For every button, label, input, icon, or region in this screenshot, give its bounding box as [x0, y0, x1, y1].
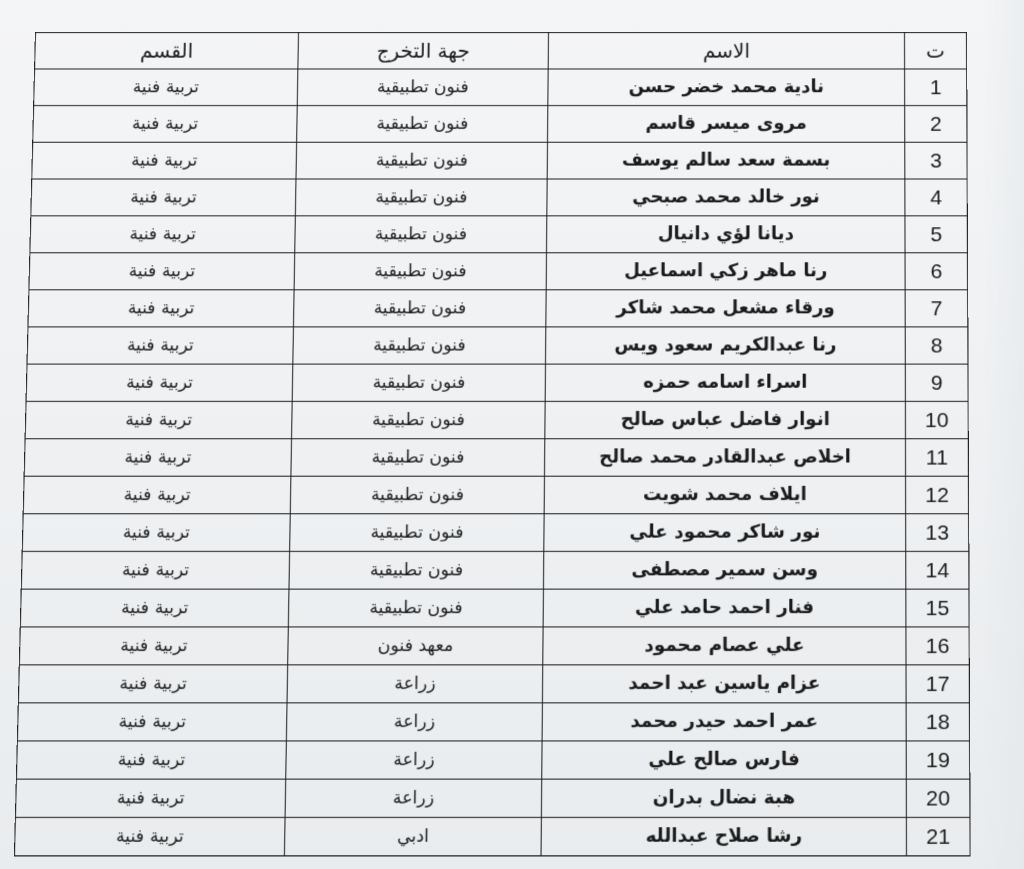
row-department: تربية فنية: [23, 476, 291, 514]
row-department: تربية فنية: [24, 439, 291, 476]
row-name: نادية محمد خضر حسن: [548, 69, 905, 106]
table-row: 19 فارس صالح علي زراعة تربية فنية: [16, 741, 969, 779]
row-graduation-source: زراعة: [285, 779, 542, 817]
row-department: تربية فنية: [27, 327, 293, 364]
table-row: 6 رنا ماهر زكي اسماعيل فنون تطبيقية تربي…: [29, 253, 968, 290]
row-graduation-source: فنون تطبيقية: [291, 439, 545, 476]
row-department: تربية فنية: [19, 627, 288, 665]
row-name: رنا عبدالكريم سعود ويس: [545, 327, 905, 364]
row-name: ديانا لؤي دانيال: [546, 216, 905, 253]
row-graduation-source: معهد فنون: [288, 627, 543, 665]
row-number: 6: [905, 253, 968, 290]
row-name: رنا ماهر زكي اسماعيل: [546, 253, 905, 290]
row-number: 8: [905, 327, 968, 364]
row-number: 21: [906, 817, 970, 855]
row-name: عزام ياسين عبد احمد: [542, 665, 906, 703]
row-name: مروى ميسر قاسم: [548, 106, 905, 143]
row-department: تربية فنية: [33, 106, 298, 143]
row-department: تربية فنية: [30, 216, 296, 253]
table-row: 20 هبة نضال بدران زراعة تربية فنية: [15, 779, 970, 817]
table-row: 13 نور شاكر محمود علي فنون تطبيقية تربية…: [22, 514, 969, 552]
table-row: 12 ايلاف محمد شويت فنون تطبيقية تربية فن…: [23, 476, 968, 514]
row-graduation-source: فنون تطبيقية: [293, 290, 546, 327]
row-graduation-source: فنون تطبيقية: [294, 253, 546, 290]
row-graduation-source: زراعة: [287, 665, 543, 703]
header-department: القسم: [35, 32, 299, 68]
table-row: 15 فنار احمد حامد علي فنون تطبيقية تربية…: [20, 589, 969, 627]
row-name: نور شاكر محمود علي: [544, 514, 906, 552]
row-graduation-source: فنون تطبيقية: [295, 179, 547, 216]
paper-shadow: [984, 0, 1024, 869]
row-department: تربية فنية: [20, 589, 289, 627]
row-graduation-source: فنون تطبيقية: [289, 551, 544, 589]
row-name: ايلاف محمد شويت: [544, 476, 906, 514]
table-row: 3 بسمة سعد سالم يوسف فنون تطبيقية تربية …: [32, 142, 967, 179]
header-number: ت: [905, 32, 967, 68]
table-header-row: ت الاسم جهة التخرج القسم: [35, 32, 967, 68]
row-number: 15: [906, 589, 969, 627]
row-name: رشا صلاح عبدالله: [541, 817, 906, 855]
row-number: 11: [905, 439, 968, 476]
row-number: 2: [905, 106, 967, 143]
row-number: 7: [905, 290, 968, 327]
row-name: انوار فاضل عباس صالح: [545, 401, 906, 438]
table-row: 1 نادية محمد خضر حسن فنون تطبيقية تربية …: [34, 69, 967, 106]
paper-sheet: ت الاسم جهة التخرج القسم 1 نادية محمد خض…: [0, 0, 1024, 869]
row-name: ورقاء مشعل محمد شاكر: [546, 290, 905, 327]
table-row: 9 اسراء اسامه حمزه فنون تطبيقية تربية فن…: [26, 364, 968, 401]
table-row: 4 نور خالد محمد صبحي فنون تطبيقية تربية …: [31, 179, 968, 216]
row-department: تربية فنية: [26, 364, 293, 401]
row-name: نور خالد محمد صبحي: [547, 179, 905, 216]
row-department: تربية فنية: [32, 142, 297, 179]
row-name: وسن سمير مصطفى: [543, 551, 905, 589]
table-row: 18 عمر احمد حيدر محمد زراعة تربية فنية: [17, 703, 969, 741]
row-number: 12: [906, 476, 969, 514]
row-number: 16: [906, 627, 969, 665]
row-number: 9: [905, 364, 968, 401]
table-row: 2 مروى ميسر قاسم فنون تطبيقية تربية فنية: [33, 106, 967, 143]
table-row: 14 وسن سمير مصطفى فنون تطبيقية تربية فني…: [21, 551, 969, 589]
row-name: اسراء اسامه حمزه: [545, 364, 905, 401]
row-graduation-source: فنون تطبيقية: [297, 69, 548, 106]
row-graduation-source: فنون تطبيقية: [297, 106, 548, 143]
row-department: تربية فنية: [21, 551, 289, 589]
row-name: عمر احمد حيدر محمد: [542, 703, 906, 741]
row-number: 19: [906, 741, 970, 779]
row-number: 5: [905, 216, 968, 253]
table-row: 8 رنا عبدالكريم سعود ويس فنون تطبيقية تر…: [27, 327, 968, 364]
row-name: بسمة سعد سالم يوسف: [547, 142, 905, 179]
row-department: تربية فنية: [14, 817, 285, 855]
table-row: 17 عزام ياسين عبد احمد زراعة تربية فنية: [18, 665, 969, 703]
row-number: 3: [905, 142, 967, 179]
row-graduation-source: فنون تطبيقية: [295, 216, 547, 253]
row-number: 13: [906, 514, 969, 552]
row-department: تربية فنية: [29, 253, 295, 290]
table-row: 10 انوار فاضل عباس صالح فنون تطبيقية ترب…: [25, 401, 968, 438]
row-number: 20: [906, 779, 970, 817]
table-row: 7 ورقاء مشعل محمد شاكر فنون تطبيقية تربي…: [28, 290, 968, 327]
row-department: تربية فنية: [15, 779, 285, 817]
row-graduation-source: ادبي: [284, 817, 541, 855]
row-number: 10: [905, 401, 968, 438]
row-number: 18: [906, 703, 970, 741]
students-table: ت الاسم جهة التخرج القسم 1 نادية محمد خض…: [14, 32, 971, 856]
table-row: 16 علي عصام محمود معهد فنون تربية فنية: [19, 627, 969, 665]
row-number: 1: [905, 69, 967, 106]
table-row: 21 رشا صلاح عبدالله ادبي تربية فنية: [14, 817, 970, 855]
row-department: تربية فنية: [22, 514, 290, 552]
row-department: تربية فنية: [34, 69, 298, 106]
table-row: 11 اخلاص عبدالقادر محمد صالح فنون تطبيقي…: [24, 439, 968, 476]
row-graduation-source: زراعة: [286, 703, 542, 741]
row-name: اخلاص عبدالقادر محمد صالح: [544, 439, 905, 476]
row-name: هبة نضال بدران: [541, 779, 906, 817]
table-row: 5 ديانا لؤي دانيال فنون تطبيقية تربية فن…: [30, 216, 968, 253]
row-graduation-source: فنون تطبيقية: [293, 327, 546, 364]
row-graduation-source: زراعة: [286, 741, 542, 779]
row-graduation-source: فنون تطبيقية: [290, 514, 545, 552]
row-graduation-source: فنون تطبيقية: [288, 589, 543, 627]
row-department: تربية فنية: [28, 290, 294, 327]
row-department: تربية فنية: [31, 179, 296, 216]
row-name: علي عصام محمود: [543, 627, 906, 665]
header-name: الاسم: [548, 32, 904, 68]
row-department: تربية فنية: [25, 401, 292, 438]
row-graduation-source: فنون تطبيقية: [296, 142, 548, 179]
row-name: فارس صالح علي: [542, 741, 907, 779]
row-number: 17: [906, 665, 969, 703]
row-graduation-source: فنون تطبيقية: [290, 476, 544, 514]
row-department: تربية فنية: [17, 703, 287, 741]
row-graduation-source: فنون تطبيقية: [292, 401, 546, 438]
row-name: فنار احمد حامد علي: [543, 589, 906, 627]
row-department: تربية فنية: [18, 665, 287, 703]
header-graduation-source: جهة التخرج: [298, 32, 549, 68]
row-department: تربية فنية: [16, 741, 286, 779]
row-number: 4: [905, 179, 967, 216]
row-number: 14: [906, 551, 969, 589]
row-graduation-source: فنون تطبيقية: [292, 364, 545, 401]
